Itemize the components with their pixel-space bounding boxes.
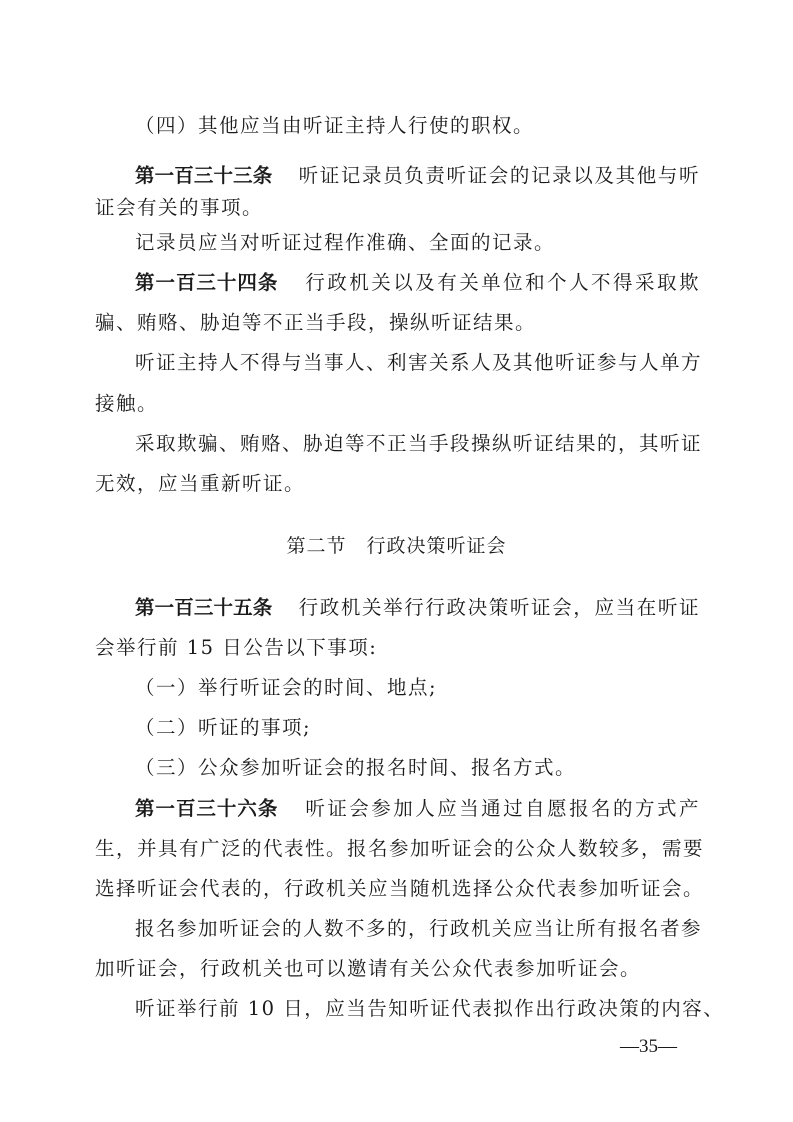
paragraph-line: 证会有关的事项。 bbox=[95, 196, 700, 220]
paragraph-line: 生，并具有广泛的代表性。报名参加听证会的公众人数较多，需要 bbox=[95, 837, 700, 861]
article-text: 行政机关举行行政决策听证会，应当在听证 bbox=[298, 596, 700, 619]
paragraph-line: 报名参加听证会的人数不多的，行政机关应当让所有报名者参 bbox=[135, 917, 700, 941]
article-text: 听证会参加人应当通过自愿报名的方式产 bbox=[304, 797, 700, 820]
article-number: 第一百三十六条 bbox=[135, 797, 278, 820]
paragraph-line: 加听证会，行政机关也可以邀请有关公众代表参加听证会。 bbox=[95, 957, 700, 981]
paragraph-line: 采取欺骗、贿赂、胁迫等不正当手段操纵听证结果的，其听证 bbox=[135, 432, 700, 456]
article-136: 第一百三十六条听证会参加人应当通过自愿报名的方式产 bbox=[135, 797, 700, 821]
article-number: 第一百三十三条 bbox=[135, 164, 272, 187]
article-number: 第一百三十四条 bbox=[135, 271, 278, 294]
list-item: （一）举行听证会的时间、地点; bbox=[135, 676, 700, 700]
paragraph-line: 会举行前 15 日公告以下事项: bbox=[95, 636, 700, 660]
article-134: 第一百三十四条行政机关以及有关单位和个人不得采取欺 bbox=[135, 271, 700, 295]
list-item: （二）听证的事项; bbox=[135, 716, 700, 740]
article-text: 听证记录员负责听证会的记录以及其他与听 bbox=[298, 164, 700, 187]
list-item: （三）公众参加听证会的报名时间、报名方式。 bbox=[135, 756, 700, 780]
article-133: 第一百三十三条听证记录员负责听证会的记录以及其他与听 bbox=[135, 164, 700, 188]
page-number: —35— bbox=[620, 1036, 677, 1058]
paragraph-line: 听证主持人不得与当事人、利害关系人及其他听证参与人单方 bbox=[135, 351, 700, 375]
paragraph-line: 听证举行前 10 日，应当告知听证代表拟作出行政决策的内容、 bbox=[135, 997, 700, 1021]
paragraph-line: 记录员应当对听证过程作准确、全面的记录。 bbox=[135, 231, 700, 255]
paragraph-line: 无效，应当重新听证。 bbox=[95, 472, 700, 496]
section-heading: 第二节 行政决策听证会 bbox=[0, 534, 793, 558]
article-135: 第一百三十五条行政机关举行行政决策听证会，应当在听证 bbox=[135, 596, 700, 620]
paragraph-line: 选择听证会代表的，行政机关应当随机选择公众代表参加听证会。 bbox=[95, 877, 700, 901]
article-number: 第一百三十五条 bbox=[135, 596, 272, 619]
paragraph-line: 骗、贿赂、胁迫等不正当手段，操纵听证结果。 bbox=[95, 311, 700, 335]
article-text: 行政机关以及有关单位和个人不得采取欺 bbox=[304, 271, 700, 294]
paragraph-line: （四）其他应当由听证主持人行使的职权。 bbox=[135, 114, 700, 138]
paragraph-line: 接触。 bbox=[95, 392, 700, 416]
